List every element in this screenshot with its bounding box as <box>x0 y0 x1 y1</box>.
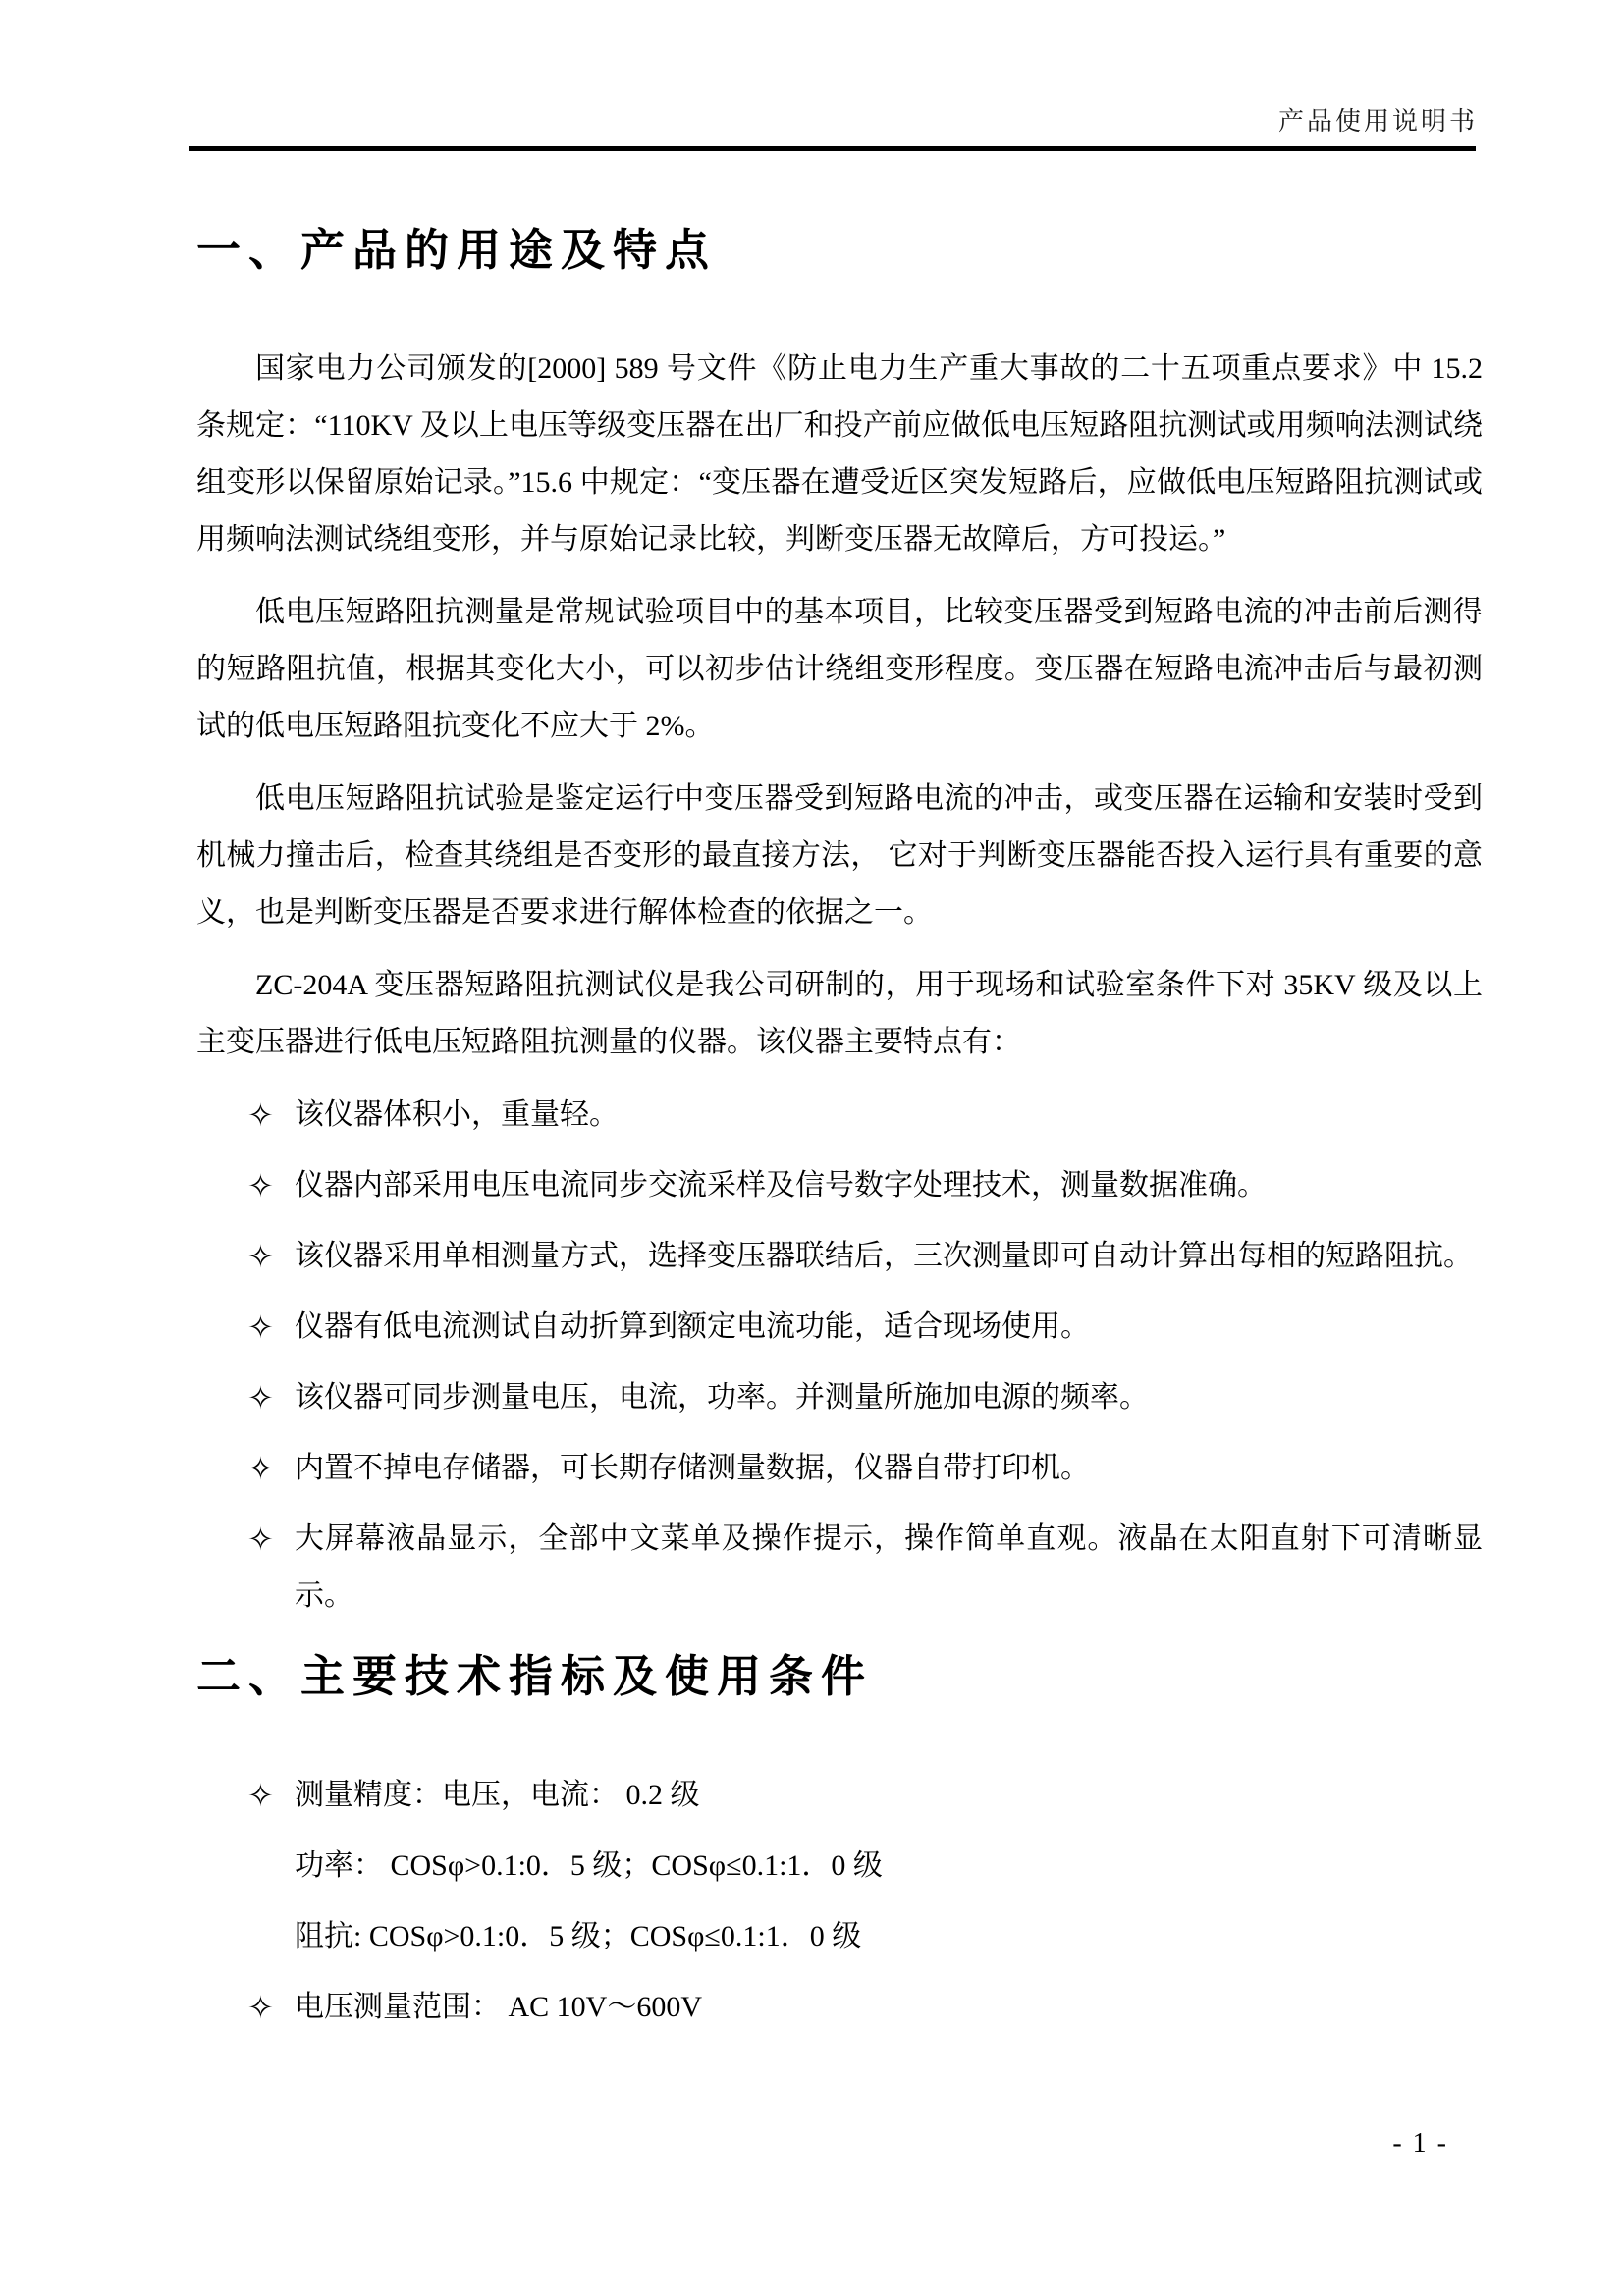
page-number: - 1 - <box>1392 2128 1448 2160</box>
star-bullet-icon: ✧ <box>247 1767 287 1824</box>
star-bullet-icon: ✧ <box>247 1157 287 1214</box>
body-paragraph-2: 低电压短路阻抗测量是常规试验项目中的基本项目，比较变压器受到短路电流的冲击前后测… <box>196 584 1483 755</box>
feature-text: 该仪器可同步测量电压，电流，功率。并测量所施加电源的频率。 <box>295 1381 1149 1414</box>
feature-item: ✧ 仪器内部采用电压电流同步交流采样及信号数字处理技术，测量数据准确。 <box>196 1157 1483 1214</box>
feature-text: 仪器内部采用电压电流同步交流采样及信号数字处理技术，测量数据准确。 <box>295 1169 1267 1201</box>
feature-item: ✧ 该仪器体积小，重量轻。 <box>196 1087 1483 1144</box>
star-bullet-icon: ✧ <box>247 1087 287 1144</box>
spec-text: 功率： COSφ>0.1:0．5 级；COSφ≤0.1:1．0 级 <box>295 1849 883 1882</box>
spec-text: 电压测量范围： AC 10V～600V <box>295 1991 702 2023</box>
header-rule <box>189 146 1476 151</box>
star-bullet-icon: ✧ <box>247 1299 287 1356</box>
star-bullet-icon: ✧ <box>247 1440 287 1497</box>
spec-list: ✧ 测量精度：电压，电流： 0.2 级 功率： COSφ>0.1:0．5 级；C… <box>196 1767 1483 2036</box>
feature-item: ✧ 该仪器可同步测量电压，电流，功率。并测量所施加电源的频率。 <box>196 1369 1483 1426</box>
star-bullet-icon: ✧ <box>247 1228 287 1285</box>
body-paragraph-1: 国家电力公司颁发的[2000] 589 号文件《防止电力生产重大事故的二十五项重… <box>196 341 1483 568</box>
star-bullet-icon: ✧ <box>247 1511 287 1568</box>
feature-item: ✧ 大屏幕液晶显示，全部中文菜单及操作提示，操作简单直观。液晶在太阳直射下可清晰… <box>196 1511 1483 1625</box>
star-bullet-icon: ✧ <box>247 1979 287 2036</box>
body-paragraph-4: ZC-204A 变压器短路阻抗测试仪是我公司研制的，用于现场和试验室条件下对 3… <box>196 957 1483 1071</box>
section-2-title: 二、主要技术指标及使用条件 <box>196 1654 1483 1698</box>
feature-text: 该仪器体积小，重量轻。 <box>295 1098 619 1131</box>
page-content: 一、产品的用途及特点 国家电力公司颁发的[2000] 589 号文件《防止电力生… <box>196 228 1483 2050</box>
feature-text: 该仪器采用单相测量方式，选择变压器联结后，三次测量即可自动计算出每相的短路阻抗。 <box>295 1240 1473 1272</box>
feature-list: ✧ 该仪器体积小，重量轻。 ✧ 仪器内部采用电压电流同步交流采样及信号数字处理技… <box>196 1087 1483 1625</box>
spec-row: ✧ 测量精度：电压，电流： 0.2 级 <box>196 1767 1483 1824</box>
spec-text: 测量精度：电压，电流： 0.2 级 <box>295 1779 700 1811</box>
spec-text: 阻抗: COSφ>0.1:0．5 级；COSφ≤0.1:1．0 级 <box>295 1920 861 1952</box>
feature-text: 仪器有低电流测试自动折算到额定电流功能，适合现场使用。 <box>295 1310 1090 1343</box>
feature-item: ✧ 仪器有低电流测试自动折算到额定电流功能，适合现场使用。 <box>196 1299 1483 1356</box>
body-paragraph-3: 低电压短路阻抗试验是鉴定运行中变压器受到短路电流的冲击，或变压器在运输和安装时受… <box>196 771 1483 941</box>
running-header: 产品使用说明书 <box>1278 101 1478 137</box>
feature-text: 大屏幕液晶显示，全部中文菜单及操作提示，操作简单直观。液晶在太阳直射下可清晰显示… <box>295 1522 1483 1612</box>
star-bullet-icon: ✧ <box>247 1369 287 1426</box>
manual-page: 产品使用说明书 一、产品的用途及特点 国家电力公司颁发的[2000] 589 号… <box>0 0 1624 2296</box>
section-1-title: 一、产品的用途及特点 <box>196 228 1483 272</box>
spec-row: ✧ 电压测量范围： AC 10V～600V <box>196 1979 1483 2036</box>
feature-item: ✧ 该仪器采用单相测量方式，选择变压器联结后，三次测量即可自动计算出每相的短路阻… <box>196 1228 1483 1285</box>
spec-row: 功率： COSφ>0.1:0．5 级；COSφ≤0.1:1．0 级 <box>196 1838 1483 1895</box>
feature-text: 内置不掉电存储器，可长期存储测量数据，仪器自带打印机。 <box>295 1452 1090 1484</box>
spec-row: 阻抗: COSφ>0.1:0．5 级；COSφ≤0.1:1．0 级 <box>196 1908 1483 1965</box>
feature-item: ✧ 内置不掉电存储器，可长期存储测量数据，仪器自带打印机。 <box>196 1440 1483 1497</box>
